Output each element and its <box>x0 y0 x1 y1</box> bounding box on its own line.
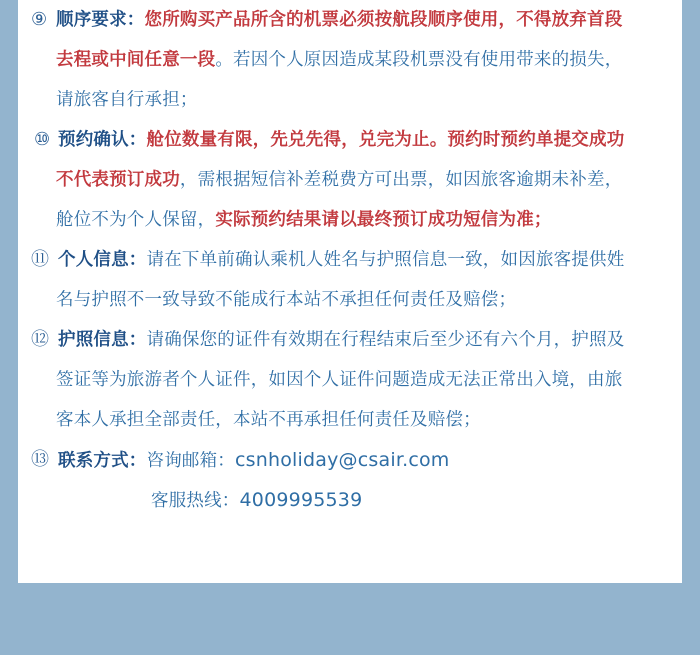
terms-panel: ⑨ 顺序要求：您所购买产品所含的机票必须按航段顺序使用，不得放弃首段 去程或中间… <box>18 0 682 583</box>
contact-phone-label: 客服热线： <box>151 491 240 511</box>
item-heading: 预约确认： <box>58 130 147 150</box>
item-text: 不代表预订成功 <box>56 170 180 190</box>
item-number: ⑫ <box>31 320 49 360</box>
item-text: 客本人承担全部责任，本站不再承担任何责任及赔偿； <box>56 410 481 430</box>
contact-email-label: 咨询邮箱： <box>147 451 236 471</box>
item-text: 请在下单前确认乘机人姓名与护照信息一致，如因旅客提供姓 <box>147 250 625 270</box>
item-text: 请确保您的证件有效期在行程结束后至少还有六个月，护照及 <box>147 330 625 350</box>
item-number: ⑨ <box>31 0 47 40</box>
item-heading: 护照信息： <box>58 330 147 350</box>
item-heading: 联系方式： <box>58 451 147 471</box>
item-number: ⑩ <box>34 120 50 160</box>
item-text: 去程或中间任意一段 <box>56 50 215 70</box>
item-text: 舱位不为个人保留， <box>56 210 215 230</box>
item-text: 实际预约结果请以最终预订成功短信为准； <box>215 210 551 230</box>
item-text: 您所购买产品所含的机票必须按航段顺序使用，不得放弃首段 <box>145 10 623 30</box>
item-number: ⑪ <box>31 240 49 280</box>
item-text: ，需根据短信补差税费方可出票，如因旅客逾期未补差， <box>180 170 623 190</box>
item-heading: 顺序要求： <box>56 10 145 30</box>
item-number: ⑬ <box>31 440 49 480</box>
item-text: 签证等为旅游者个人证件，如因个人证件问题造成无法正常出入境，由旅 <box>56 370 622 390</box>
item-text: 名与护照不一致导致不能成行本站不承担任何责任及赔偿； <box>56 290 516 310</box>
item-heading: 个人信息： <box>58 250 147 270</box>
contact-phone-number[interactable]: 4009995539 <box>240 489 363 511</box>
item-text: 。若因个人原因造成某段机票没有使用带来的损失， <box>215 50 622 70</box>
item-text: 舱位数量有限，先兑先得，兑完为止。预约时预约单提交成功 <box>147 130 625 150</box>
item-text: 请旅客自行承担； <box>56 90 198 110</box>
contact-email-link[interactable]: csnholiday@csair.com <box>235 449 450 471</box>
